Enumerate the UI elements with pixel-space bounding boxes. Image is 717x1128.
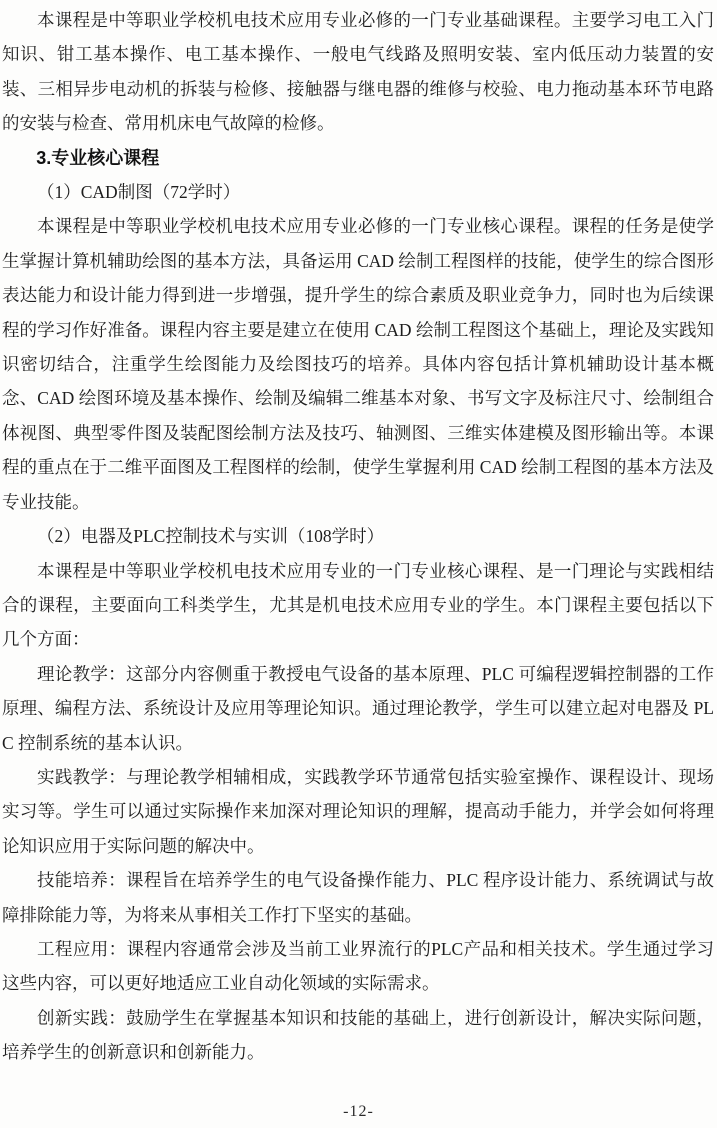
paragraph-theory-teaching: 理论教学：这部分内容侧重于教授电气设备的基本原理、PLC 可编程逻辑控制器的工作… [2, 657, 714, 760]
paragraph-engineering-application: 工程应用：课程内容通常会涉及当前工业界流行的PLC产品和相关技术。学生通过学习这… [2, 932, 714, 1001]
page-number: -12- [0, 1103, 717, 1121]
subheading-cad-drawing-course: （1）CAD制图（72学时） [2, 175, 714, 209]
document-page: 本课程是中等职业学校机电技术应用专业必修的一门专业基础课程。主要学习电工入门知识… [0, 0, 717, 1128]
paragraph-practice-teaching: 实践教学：与理论教学相辅相成，实践教学环节通常包括实验室操作、课程设计、现场实习… [2, 760, 714, 863]
paragraph-plc-course-intro: 本课程是中等职业学校机电技术应用专业的一门专业核心课程、是一门理论与实践相结合的… [2, 554, 714, 657]
document-text-block: 本课程是中等职业学校机电技术应用专业必修的一门专业基础课程。主要学习电工入门知识… [0, 0, 717, 1070]
paragraph-innovation-practice: 创新实践：鼓励学生在掌握基本知识和技能的基础上，进行创新设计，解决实际问题，培养… [2, 1001, 714, 1070]
paragraph-skill-training: 技能培养：课程旨在培养学生的电气设备操作能力、PLC 程序设计能力、系统调试与故… [2, 863, 714, 932]
section-heading-core-courses: 3.专业核心课程 [2, 141, 714, 175]
paragraph-course-basic-intro: 本课程是中等职业学校机电技术应用专业必修的一门专业基础课程。主要学习电工入门知识… [2, 3, 714, 141]
subheading-plc-course: （2）电器及PLC控制技术与实训（108学时） [2, 519, 714, 553]
paragraph-cad-course-description: 本课程是中等职业学校机电技术应用专业必修的一门专业核心课程。课程的任务是使学生掌… [2, 209, 714, 519]
